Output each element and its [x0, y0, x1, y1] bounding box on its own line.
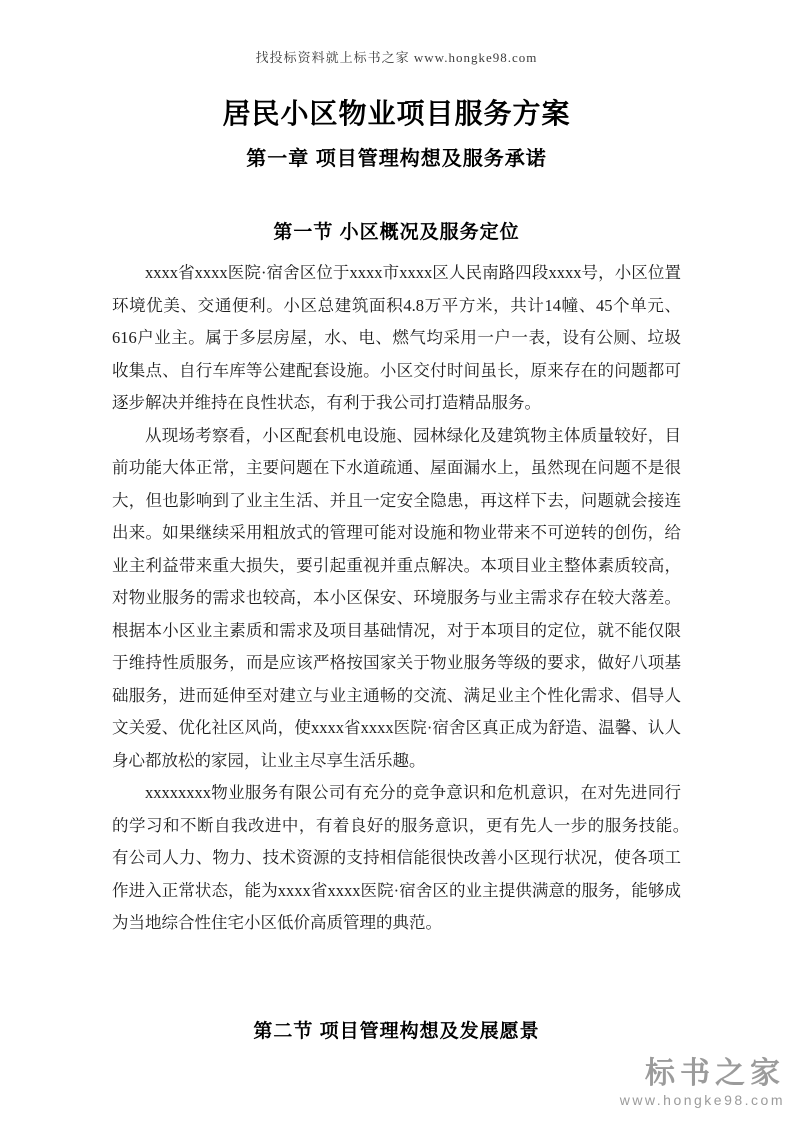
document-page: 找投标资料就上标书之家 www.hongke98.com 居民小区物业项目服务方…	[0, 0, 793, 1122]
chapter-heading: 第一章 项目管理构想及服务承诺	[0, 142, 793, 171]
body-paragraphs: xxxx省xxxx医院·宿舍区位于xxxx市xxxx区人民南路四段xxxx号，小…	[112, 257, 681, 940]
watermark-logo-text: 标书之家	[620, 1059, 785, 1089]
paragraph-company-commitment: xxxxxxxx物业服务有限公司有充分的竞争意识和危机意识，在对先进同行的学习和…	[112, 777, 681, 940]
section-heading-2: 第二节 项目管理构想及发展愿景	[0, 1016, 793, 1043]
paragraph-overview: xxxx省xxxx医院·宿舍区位于xxxx市xxxx区人民南路四段xxxx号，小…	[112, 257, 681, 420]
document-title: 居民小区物业项目服务方案	[0, 92, 793, 132]
top-watermark-text: 找投标资料就上标书之家 www.hongke98.com	[0, 0, 793, 66]
watermark-logo-url: www.hongke98.com	[620, 1092, 785, 1108]
section-heading-1: 第一节 小区概况及服务定位	[0, 217, 793, 244]
paragraph-site-assessment: 从现场考察看，小区配套机电设施、园林绿化及建筑物主体质量较好，目前功能大体正常，…	[112, 420, 681, 778]
body-content: xxxx省xxxx医院·宿舍区位于xxxx市xxxx区人民南路四段xxxx号，小…	[0, 257, 793, 940]
bottom-watermark-logo: 标书之家 www.hongke98.com	[620, 1059, 785, 1108]
